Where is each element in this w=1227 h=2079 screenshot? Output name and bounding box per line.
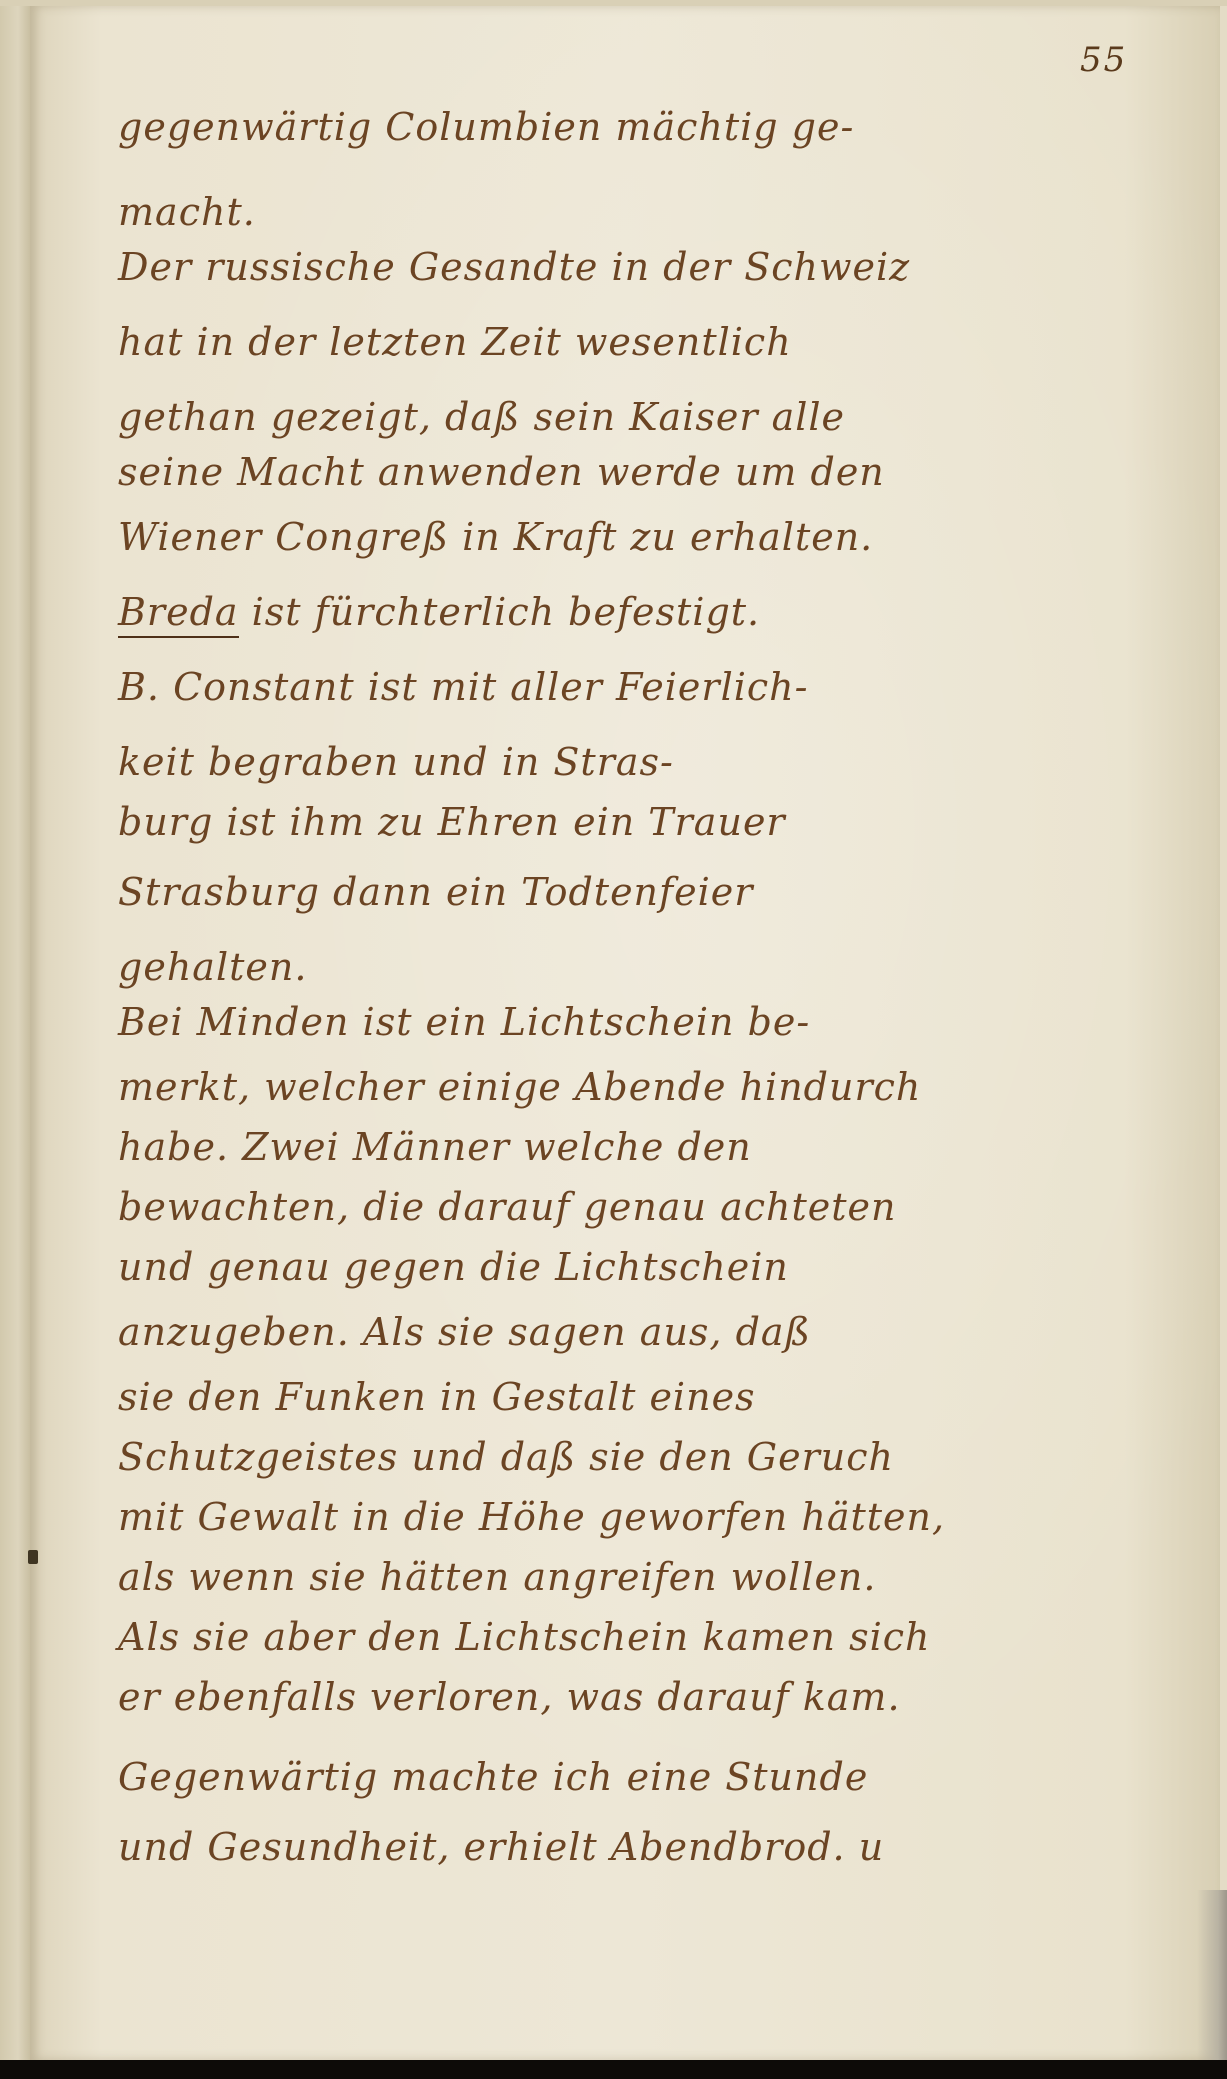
manuscript-line: merkt, welcher einige Abende hindurch <box>118 1065 921 1109</box>
manuscript-line: und genau gegen die Lichtschein <box>118 1245 789 1289</box>
manuscript-line: mit Gewalt in die Höhe geworfen hätten, <box>118 1495 945 1539</box>
manuscript-line: Wiener Congreß in Kraft zu erhalten. <box>118 515 873 559</box>
previous-page-edge <box>0 0 30 2060</box>
manuscript-scan: 55 gegenwärtig Columbien mächtig ge-mach… <box>0 0 1227 2060</box>
binding-stain <box>28 1550 38 1564</box>
manuscript-line: Strasburg dann ein Todtenfeier <box>118 870 753 914</box>
manuscript-line: als wenn sie hätten angreifen wollen. <box>118 1555 876 1599</box>
manuscript-line: B. Constant ist mit aller Feierlich- <box>118 665 808 709</box>
manuscript-line: Breda ist fürchterlich befestigt. <box>118 590 760 634</box>
manuscript-line: seine Macht anwenden werde um den <box>118 450 885 494</box>
underlined-place-name: Breda <box>118 590 239 638</box>
page-number: 55 <box>1080 40 1127 80</box>
manuscript-line: Bei Minden ist ein Lichtschein be- <box>118 1000 810 1044</box>
manuscript-line: gethan gezeigt, daß sein Kaiser alle <box>118 395 845 439</box>
manuscript-line: Schutzgeistes und daß sie den Geruch <box>118 1435 894 1479</box>
manuscript-line: Als sie aber den Lichtschein kamen sich <box>118 1615 931 1659</box>
manuscript-line: Gegenwärtig machte ich eine Stunde <box>118 1755 868 1799</box>
manuscript-line: gehalten. <box>118 945 307 989</box>
manuscript-line: sie den Funken in Gestalt eines <box>118 1375 756 1419</box>
manuscript-line: Der russische Gesandte in der Schweiz <box>118 245 910 289</box>
manuscript-line: macht. <box>118 190 256 234</box>
manuscript-line: bewachten, die darauf genau achteten <box>118 1185 897 1229</box>
manuscript-line: anzugeben. Als sie sagen aus, daß <box>118 1310 811 1354</box>
manuscript-line: gegenwärtig Columbien mächtig ge- <box>118 105 854 149</box>
page-corner-curl <box>1197 1890 1227 2060</box>
manuscript-line: burg ist ihm zu Ehren ein Trauer <box>118 800 786 844</box>
manuscript-line: keit begraben und in Stras- <box>118 740 674 784</box>
manuscript-line: er ebenfalls verloren, was darauf kam. <box>118 1675 901 1719</box>
manuscript-line: habe. Zwei Männer welche den <box>118 1125 752 1169</box>
manuscript-line: und Gesundheit, erhielt Abendbrod. u <box>118 1825 884 1869</box>
manuscript-line: hat in der letzten Zeit wesentlich <box>118 320 792 364</box>
